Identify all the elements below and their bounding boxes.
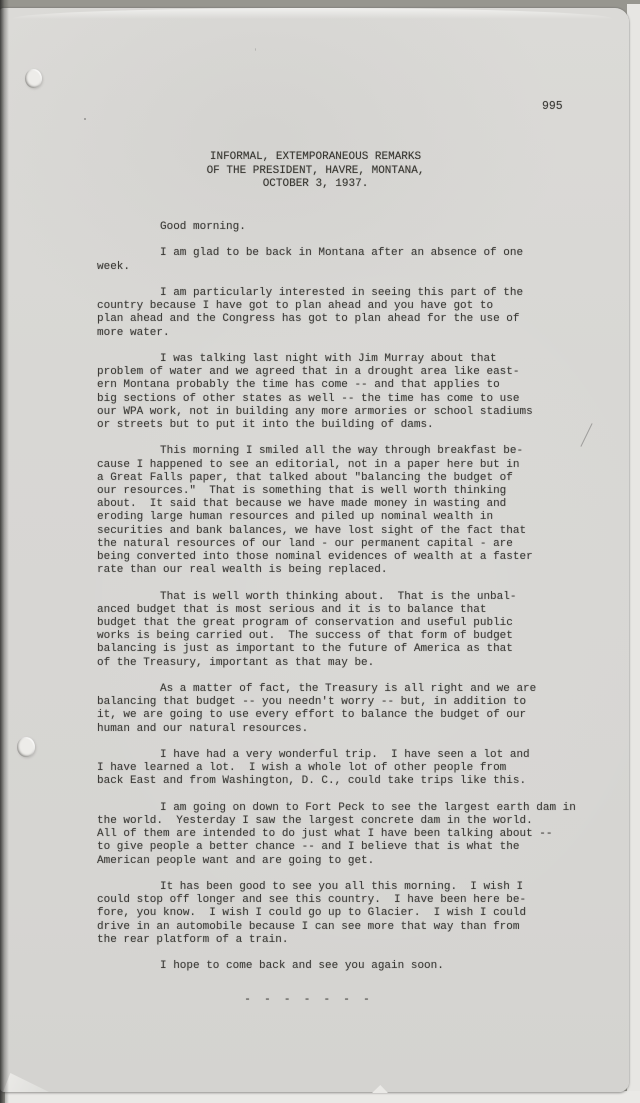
paragraph: I have had a very wonderful trip. I have…	[97, 749, 572, 789]
paragraph: This morning I smiled all the way throug…	[97, 445, 572, 577]
paper-speck	[255, 48, 256, 51]
page-corner-fold	[3, 1073, 49, 1092]
paragraph: I am glad to be back in Montana after an…	[97, 247, 572, 273]
hole-punch-bottom	[17, 737, 35, 757]
paragraph: I was talking last night with Jim Murray…	[97, 353, 572, 432]
paragraph: I hope to come back and see you again so…	[97, 960, 572, 973]
paragraph: That is well worth thinking about. That …	[97, 591, 572, 670]
paper-speck	[84, 118, 86, 120]
document-page: 995 INFORMAL, EXTEMPORANEOUS REMARKS OF …	[0, 8, 629, 1092]
section-divider: - - - - - - -	[97, 994, 517, 1007]
document-body: Good morning.I am glad to be back in Mon…	[97, 221, 572, 1008]
paragraph: As a matter of fact, the Treasury is all…	[97, 683, 572, 736]
scan-edge-bottom	[5, 1091, 640, 1103]
paragraph: I am going on down to Fort Peck to see t…	[97, 802, 572, 868]
paragraph: Good morning.	[97, 221, 572, 234]
page-number: 995	[542, 100, 563, 113]
scratch-mark	[580, 423, 592, 447]
paragraph-list: Good morning.I am glad to be back in Mon…	[97, 221, 572, 973]
scan-background: 995 INFORMAL, EXTEMPORANEOUS REMARKS OF …	[0, 0, 640, 1103]
hole-punch-top	[25, 69, 42, 88]
paragraph: It has been good to see you all this mor…	[97, 881, 572, 947]
page-top-curl	[12, 8, 613, 19]
document-heading: INFORMAL, EXTEMPORANEOUS REMARKS OF THE …	[97, 151, 534, 192]
page-edge-notch	[372, 1085, 388, 1093]
paragraph: I am particularly interested in seeing t…	[97, 287, 572, 340]
